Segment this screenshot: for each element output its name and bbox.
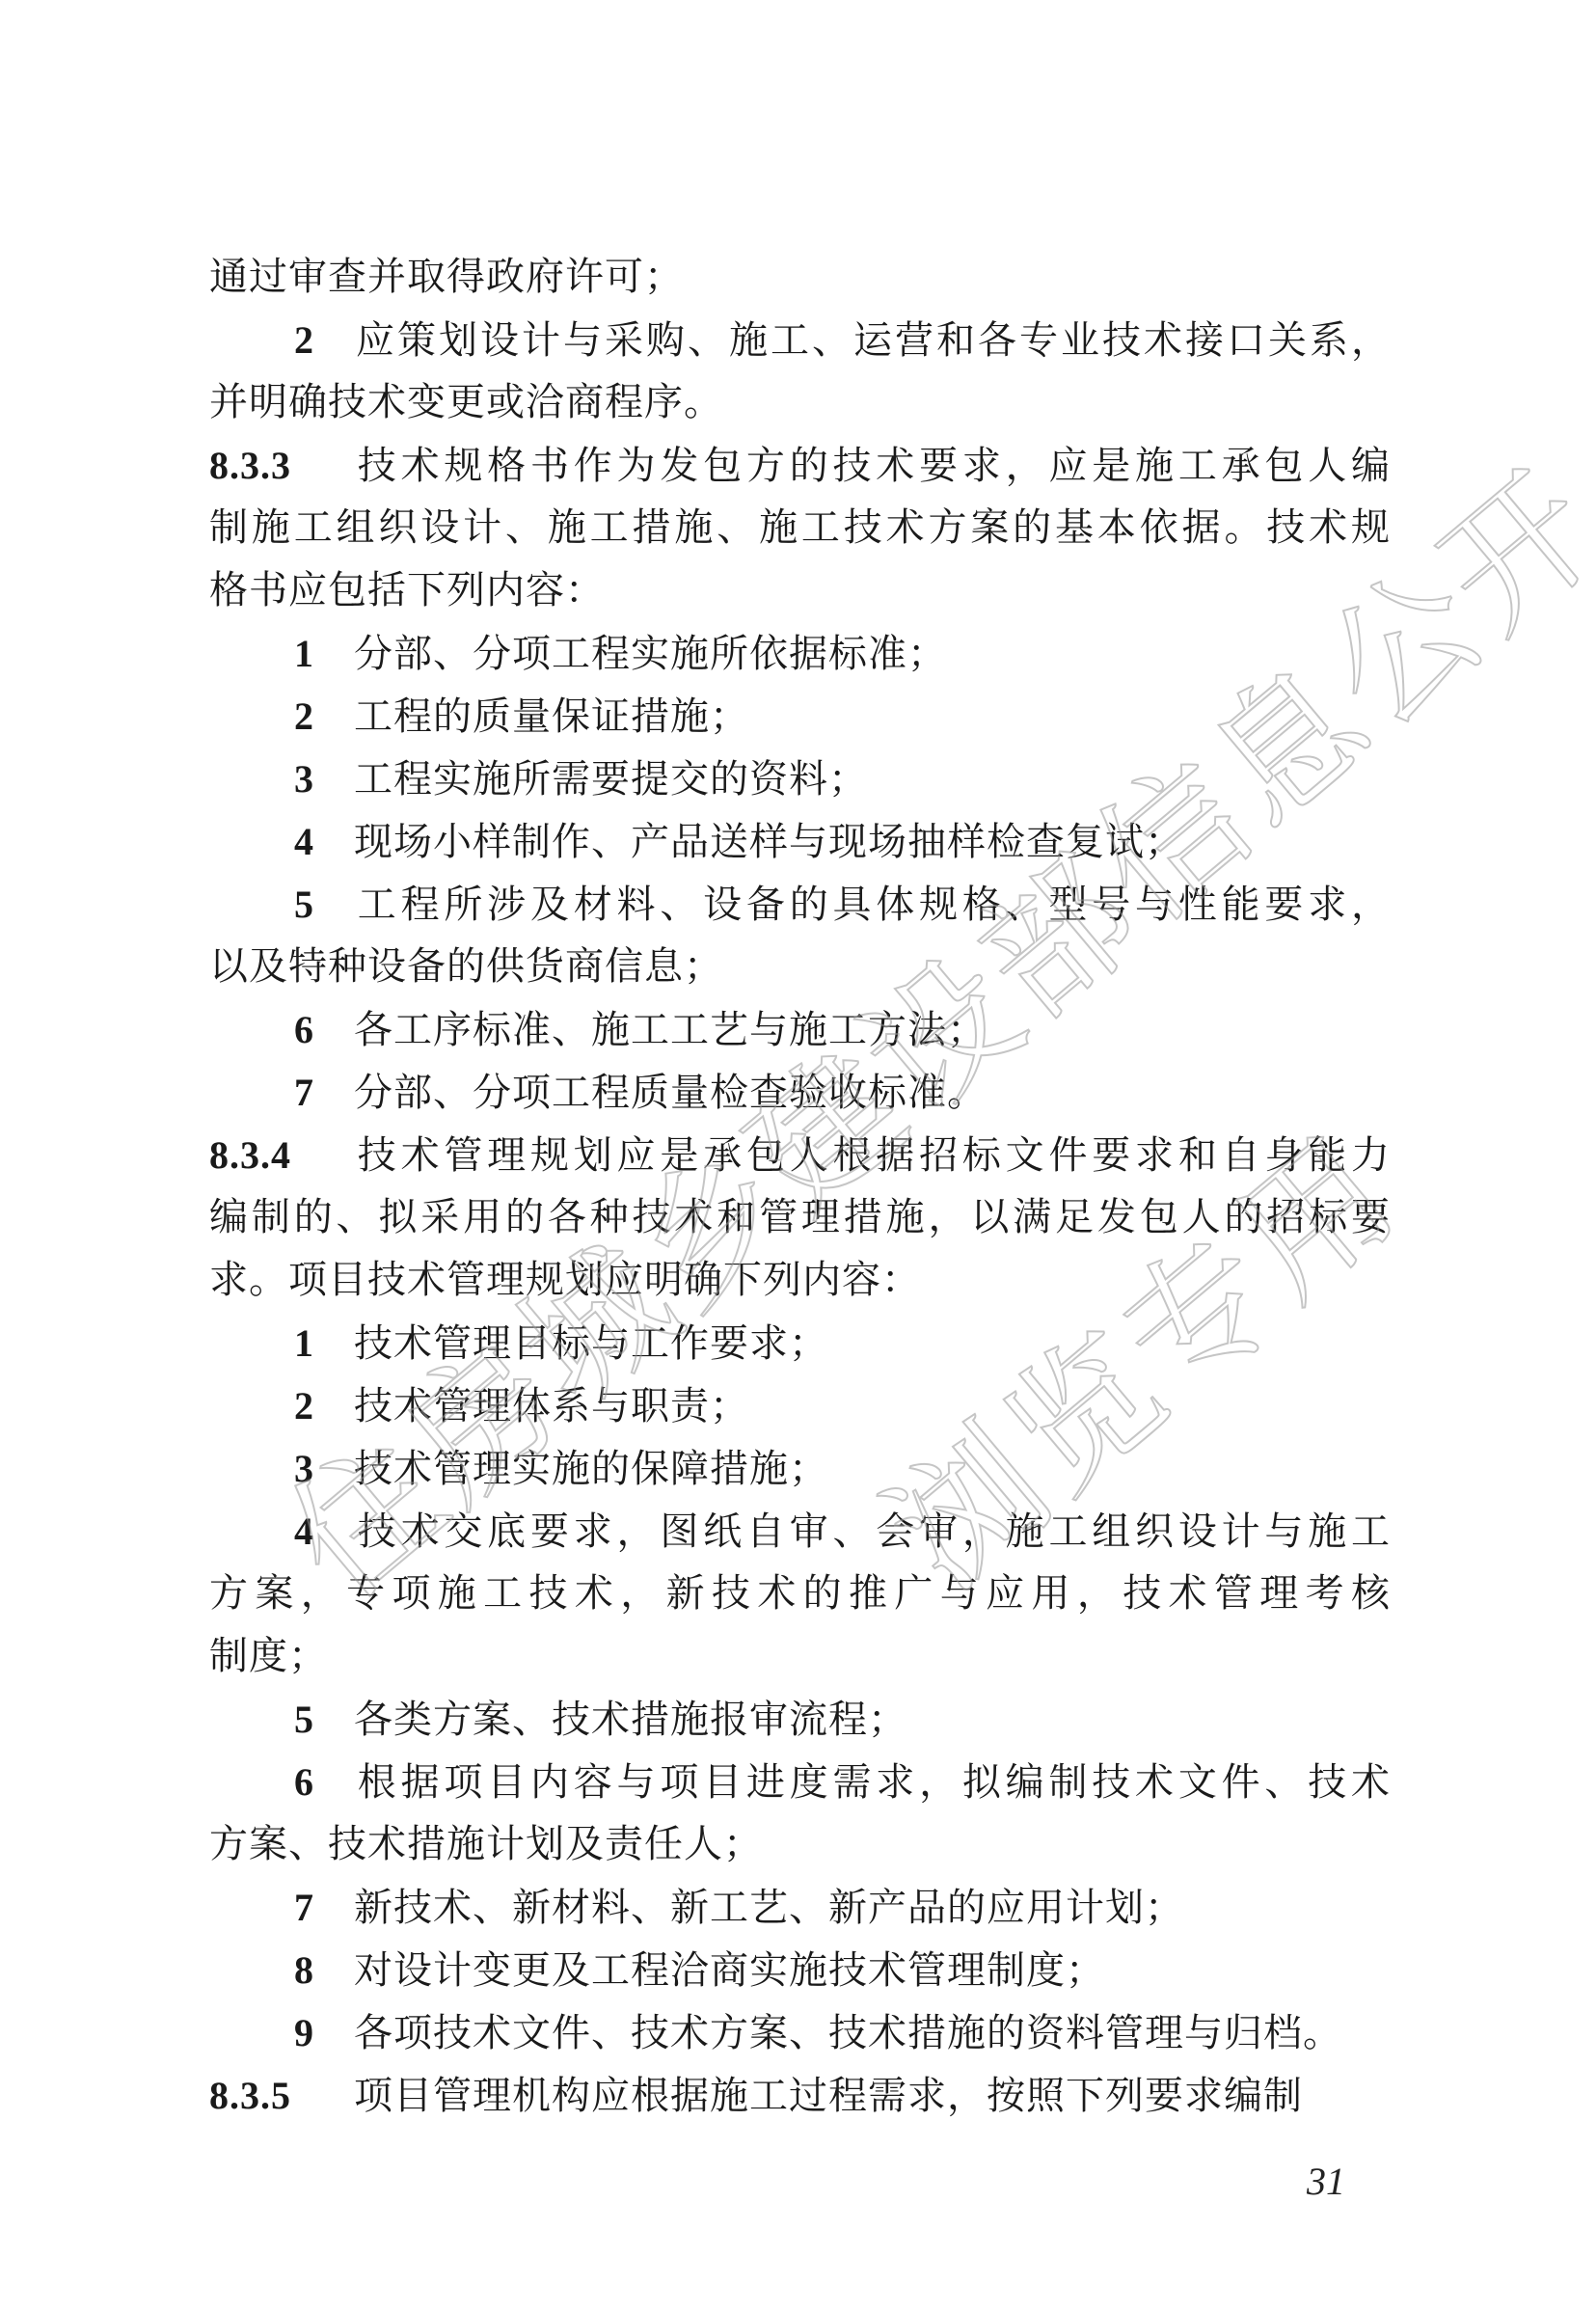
item-number: 2 xyxy=(294,685,354,748)
continuation-line: 以及特种设备的供货商信息； xyxy=(209,936,1391,998)
item-number: 5 xyxy=(294,873,354,936)
page-number: 31 xyxy=(1307,2159,1345,2204)
item-number: 7 xyxy=(294,1876,354,1939)
document-page: 通过审查并取得政府许可；2应策划设计与采购、施工、运营和各专业技术接口关系，并明… xyxy=(0,0,1596,2311)
item-number: 5 xyxy=(294,1688,354,1751)
line-text: 技术交底要求，图纸自审、会审，施工组织设计与施工 xyxy=(354,1509,1391,1554)
continuation-line: 格书应包括下列内容： xyxy=(209,559,1391,622)
line-text: 项目管理机构应根据施工过程需求，按照下列要求编制 xyxy=(354,2074,1303,2118)
line-text: 并明确技术变更或洽商程序。 xyxy=(209,380,723,424)
line-text: 工程的质量保证措施； xyxy=(354,694,749,739)
line-text: 根据项目内容与项目进度需求，拟编制技术文件、技术 xyxy=(354,1760,1391,1805)
item-number: 4 xyxy=(294,1500,354,1563)
list-item: 2应策划设计与采购、施工、运营和各专业技术接口关系， xyxy=(209,309,1391,371)
line-text: 方案、技术措施计划及责任人； xyxy=(209,1822,763,1866)
line-text: 技术管理目标与工作要求； xyxy=(354,1321,828,1366)
line-text: 工程实施所需要提交的资料； xyxy=(354,757,868,802)
continuation-line: 制度； xyxy=(209,1625,1391,1688)
continuation-line: 求。项目技术管理规划应明确下列内容： xyxy=(209,1249,1391,1312)
continuation-line: 并明确技术变更或洽商程序。 xyxy=(209,371,1391,434)
continuation-line: 方案、技术措施计划及责任人； xyxy=(209,1813,1391,1876)
list-item: 1分部、分项工程实施所依据标准； xyxy=(209,622,1391,685)
line-text: 技术管理实施的保障措施； xyxy=(354,1447,828,1491)
line-text: 求。项目技术管理规划应明确下列内容： xyxy=(209,1258,921,1302)
line-text: 以及特种设备的供货商信息； xyxy=(209,944,723,989)
line-text: 技术管理体系与职责； xyxy=(354,1384,749,1428)
line-text: 格书应包括下列内容： xyxy=(209,568,605,612)
line-text: 新技术、新材料、新工艺、新产品的应用计划； xyxy=(354,1886,1184,1930)
list-item: 5工程所涉及材料、设备的具体规格、型号与性能要求， xyxy=(209,873,1391,936)
item-number: 2 xyxy=(294,1374,354,1437)
line-text: 方案，专项施工技术，新技术的推广与应用，技术管理考核 xyxy=(209,1571,1391,1616)
list-item: 6根据项目内容与项目进度需求，拟编制技术文件、技术 xyxy=(209,1751,1391,1813)
clause-heading: 8.3.5项目管理机构应根据施工过程需求，按照下列要求编制 xyxy=(209,2064,1391,2127)
list-item: 4现场小样制作、产品送样与现场抽样检查复试； xyxy=(209,810,1391,873)
item-number: 8 xyxy=(294,1939,354,2001)
list-item: 7分部、分项工程质量检查验收标准。 xyxy=(209,1061,1391,1124)
continuation-line: 制施工组织设计、施工措施、施工技术方案的基本依据。技术规 xyxy=(209,497,1391,559)
list-item: 2技术管理体系与职责； xyxy=(209,1374,1391,1437)
clause-number: 8.3.4 xyxy=(209,1124,354,1186)
line-text: 对设计变更及工程洽商实施技术管理制度； xyxy=(354,1948,1105,1993)
item-number: 2 xyxy=(294,309,354,371)
line-text: 现场小样制作、产品送样与现场抽样检查复试； xyxy=(354,820,1184,864)
item-number: 6 xyxy=(294,998,354,1061)
list-item: 3工程实施所需要提交的资料； xyxy=(209,748,1391,810)
item-number: 3 xyxy=(294,748,354,810)
line-text: 各工序标准、施工工艺与施工方法； xyxy=(354,1008,987,1052)
item-number: 7 xyxy=(294,1061,354,1124)
line-text: 技术管理规划应是承包人根据招标文件要求和自身能力 xyxy=(354,1133,1391,1178)
line-text: 各类方案、技术措施报审流程； xyxy=(354,1698,907,1742)
line-text: 制度； xyxy=(209,1634,328,1678)
list-item: 9各项技术文件、技术方案、技术措施的资料管理与归档。 xyxy=(209,2001,1391,2064)
item-number: 1 xyxy=(294,1312,354,1374)
clause-number: 8.3.3 xyxy=(209,434,354,497)
continuation-line: 编制的、拟采用的各种技术和管理措施，以满足发包人的招标要 xyxy=(209,1186,1391,1249)
line-text: 应策划设计与采购、施工、运营和各专业技术接口关系， xyxy=(354,318,1391,363)
line-text: 制施工组织设计、施工措施、施工技术方案的基本依据。技术规 xyxy=(209,505,1391,550)
item-number: 4 xyxy=(294,810,354,873)
clause-heading: 8.3.4技术管理规划应是承包人根据招标文件要求和自身能力 xyxy=(209,1124,1391,1186)
clause-number: 8.3.5 xyxy=(209,2064,354,2127)
list-item: 3技术管理实施的保障措施； xyxy=(209,1437,1391,1500)
line-text: 通过审查并取得政府许可； xyxy=(209,255,684,299)
list-item: 7新技术、新材料、新工艺、新产品的应用计划； xyxy=(209,1876,1391,1939)
clause-heading: 8.3.3技术规格书作为发包方的技术要求，应是施工承包人编 xyxy=(209,434,1391,497)
list-item: 6各工序标准、施工工艺与施工方法； xyxy=(209,998,1391,1061)
line-text: 编制的、拟采用的各种技术和管理措施，以满足发包人的招标要 xyxy=(209,1195,1391,1239)
item-number: 3 xyxy=(294,1437,354,1500)
line-text: 分部、分项工程实施所依据标准； xyxy=(354,632,947,676)
continuation-line: 通过审查并取得政府许可； xyxy=(209,246,1391,309)
line-text: 技术规格书作为发包方的技术要求，应是施工承包人编 xyxy=(354,444,1391,488)
line-text: 分部、分项工程质量检查验收标准。 xyxy=(354,1071,987,1115)
list-item: 8对设计变更及工程洽商实施技术管理制度； xyxy=(209,1939,1391,2001)
item-number: 1 xyxy=(294,622,354,685)
body-text: 通过审查并取得政府许可；2应策划设计与采购、施工、运营和各专业技术接口关系，并明… xyxy=(209,246,1391,2127)
line-text: 工程所涉及材料、设备的具体规格、型号与性能要求， xyxy=(354,883,1391,927)
list-item: 2工程的质量保证措施； xyxy=(209,685,1391,748)
list-item: 1技术管理目标与工作要求； xyxy=(209,1312,1391,1374)
continuation-line: 方案，专项施工技术，新技术的推广与应用，技术管理考核 xyxy=(209,1563,1391,1625)
list-item: 4技术交底要求，图纸自审、会审，施工组织设计与施工 xyxy=(209,1500,1391,1563)
item-number: 6 xyxy=(294,1751,354,1813)
item-number: 9 xyxy=(294,2001,354,2064)
list-item: 5各类方案、技术措施报审流程； xyxy=(209,1688,1391,1751)
line-text: 各项技术文件、技术方案、技术措施的资料管理与归档。 xyxy=(354,2011,1342,2055)
